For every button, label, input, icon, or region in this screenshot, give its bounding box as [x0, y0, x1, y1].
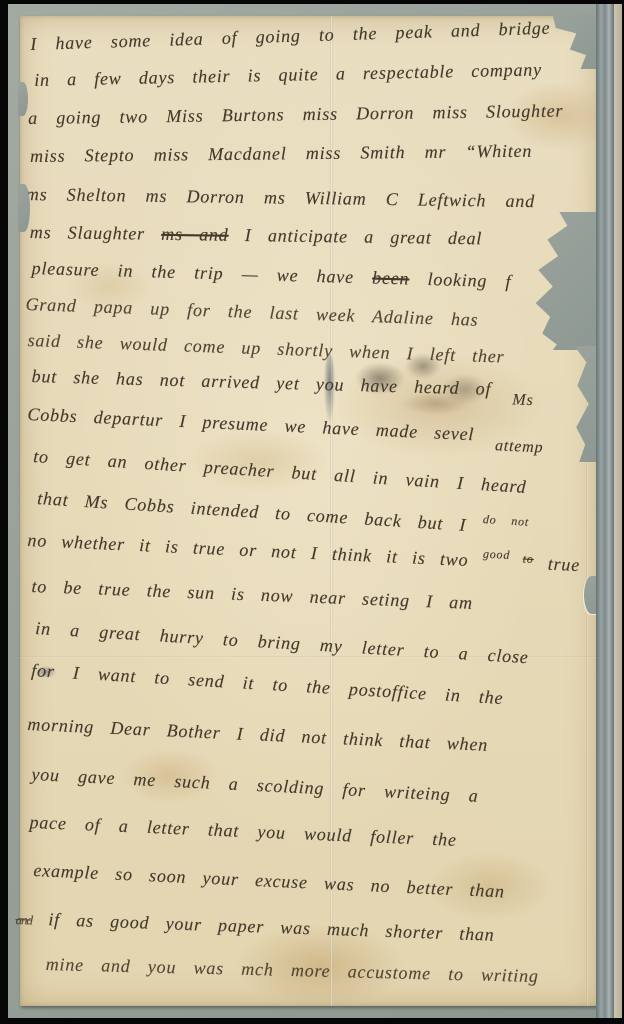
letter-line: miss Stepto miss Macdanel miss Smith mr … — [30, 141, 532, 167]
letter-text-segment: that Ms Cobbs intended to come back but … — [37, 488, 483, 536]
letter-text-segment: mine and you was mch more accustome to w… — [46, 954, 539, 986]
letter-line: Grand papa up for the last week Adaline … — [25, 294, 479, 331]
letter-line: ms Shelton ms Dorron ms William C Leftwi… — [26, 184, 535, 212]
torn-notch-left-upper — [18, 82, 28, 116]
letter-line: mine and you was mch more accustome to w… — [45, 954, 538, 987]
letter-text-segment: for I want to send it to the postoffice … — [31, 660, 504, 708]
letter-text-segment: you gave me such a scolding for writeing… — [31, 764, 479, 806]
torn-notch-left-lower — [18, 184, 30, 232]
letter-text-segment: but she has not arrived yet you have hea… — [31, 366, 507, 399]
letter-text-segment: been — [372, 268, 410, 289]
letter-page: I have some idea of going to the peak an… — [20, 16, 598, 1006]
letter-line: pleasure in the trip — we have been look… — [31, 258, 511, 292]
letter-text-segment: ms Slaughter — [30, 222, 162, 244]
scanned-letter: I have some idea of going to the peak an… — [0, 0, 624, 1024]
letter-text-segment: true — [533, 553, 580, 575]
letter-line: a going two Miss Burtons miss Dorron mis… — [28, 101, 563, 129]
letter-text-segment: ms Shelton ms Dorron ms William C Leftwi… — [26, 184, 535, 211]
letter-text-segment: no whether it is true or not I think it … — [27, 530, 483, 571]
letter-text-segment: good — [483, 547, 524, 563]
letter-line: morning Dear Bother I did not think that… — [27, 714, 488, 756]
letter-text-segment: pleasure in the trip — we have — [31, 258, 372, 288]
letter-text-segment: to get an other preacher but all in vain… — [33, 446, 527, 497]
letter-line: for I want to send it to the postoffice … — [31, 660, 504, 709]
letter-line: to be true the sun is now near seting I … — [31, 576, 473, 614]
letter-line: ms Slaughter ms and I anticipate a great… — [30, 222, 483, 249]
letter-line: said she would come up shortly when I le… — [27, 330, 505, 368]
letter-text-segment: in a few days their is quite a respectab… — [34, 59, 542, 90]
letter-text-segment: to — [523, 551, 535, 565]
letter-text-segment: Grand papa up for the last week Adaline … — [25, 294, 478, 330]
letter-line: Cobbs departur I presume we have made se… — [27, 404, 539, 448]
letter-text-segment: Ms — [512, 391, 534, 409]
letter-body: I have some idea of going to the peak an… — [20, 16, 598, 1006]
letter-text-segment: Cobbs departur I presume we have made se… — [27, 404, 491, 445]
letter-line: to get an other preacher but all in vain… — [33, 446, 527, 498]
letter-text-segment: looking f — [409, 269, 512, 292]
page-edge-sliver — [614, 4, 622, 1018]
letter-line: pace of a letter that you would foller t… — [29, 812, 457, 851]
letter-text-segment: and — [15, 912, 32, 928]
binding-strip — [596, 4, 614, 1018]
letter-text-segment: example so soon your excuse was no bette… — [33, 860, 505, 901]
letter-line: in a few days their is quite a respectab… — [34, 59, 542, 91]
letter-text-segment: a going two Miss Burtons miss Dorron mis… — [28, 101, 563, 128]
letter-line: in a great hurry to bring my letter to a… — [35, 618, 529, 668]
letter-text-segment: do not — [483, 512, 530, 529]
letter-line: example so soon your excuse was no bette… — [33, 860, 505, 902]
letter-text-segment: I anticipate a great deal — [228, 225, 482, 249]
letter-text-segment: attemp — [495, 437, 544, 456]
letter-line: I have some idea of going to the peak an… — [30, 18, 551, 55]
letter-line: and if as good your paper was much short… — [15, 908, 495, 946]
letter-text-segment: to be true the sun is now near seting I … — [31, 576, 473, 613]
letter-line: but she has not arrived yet you have hea… — [31, 366, 529, 401]
letter-text-segment: miss Stepto miss Macdanel miss Smith mr … — [30, 141, 532, 166]
letter-line: that Ms Cobbs intended to come back but … — [37, 488, 530, 540]
letter-text-segment: in a great hurry to bring my letter to a… — [35, 618, 529, 667]
letter-line: you gave me such a scolding for writeing… — [31, 764, 479, 807]
letter-text-segment: pace of a letter that you would foller t… — [29, 812, 457, 850]
letter-text-segment: said she would come up shortly when I le… — [27, 330, 504, 367]
letter-text-segment: I have some idea of going to the peak an… — [30, 18, 551, 54]
letter-text-segment: if as good your paper was much shorter t… — [32, 909, 495, 945]
letter-text-segment: ms and — [161, 224, 229, 245]
letter-text-segment: morning Dear Bother I did not think that… — [27, 714, 488, 755]
